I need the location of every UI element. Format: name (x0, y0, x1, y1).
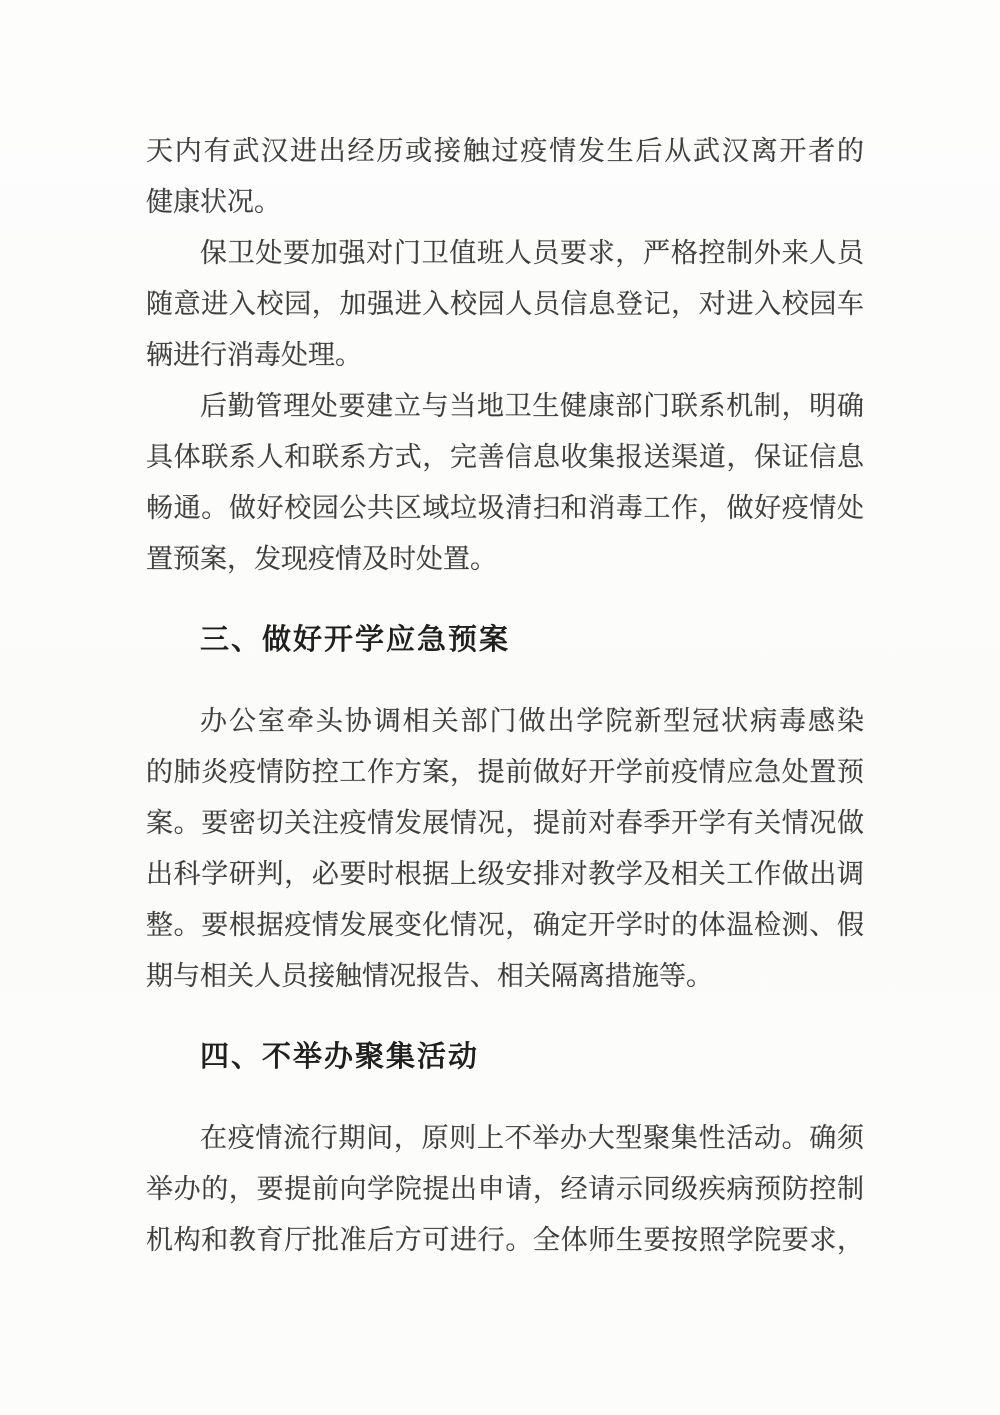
text-line: 在疫情流行期间，原则上不举办大型聚集性活动。确须 (146, 1113, 864, 1164)
paragraph: 在疫情流行期间，原则上不举办大型聚集性活动。确须举办的，要提前向学院提出申请，经… (146, 1113, 864, 1266)
text-line: 出科学研判，必要时根据上级安排对教学及相关工作做出调 (146, 849, 864, 900)
paragraph: 办公室牵头协调相关部门做出学院新型冠状病毒感染的肺炎疫情防控工作方案，提前做好开… (146, 696, 864, 1002)
document-content: 天内有武汉进出经历或接触过疫情发生后从武汉离开者的健康状况。保卫处要加强对门卫值… (146, 126, 864, 1266)
paragraph: 保卫处要加强对门卫值班人员要求，严格控制外来人员随意进入校园，加强进入校园人员信… (146, 228, 864, 381)
text-line: 后勤管理处要建立与当地卫生健康部门联系机制，明确 (146, 381, 864, 432)
text-line: 具体联系人和联系方式，完善信息收集报送渠道，保证信息 (146, 432, 864, 483)
paragraph: 后勤管理处要建立与当地卫生健康部门联系机制，明确具体联系人和联系方式，完善信息收… (146, 381, 864, 585)
document-page: 天内有武汉进出经历或接触过疫情发生后从武汉离开者的健康状况。保卫处要加强对门卫值… (0, 0, 1000, 1415)
text-line: 举办的，要提前向学院提出申请，经请示同级疾病预防控制 (146, 1164, 864, 1215)
text-line: 机构和教育厅批准后方可进行。全体师生要按照学院要求， (146, 1215, 864, 1266)
section-heading: 四、不举办聚集活动 (146, 1032, 864, 1083)
text-line: 随意进入校园，加强进入校园人员信息登记，对进入校园车 (146, 279, 864, 330)
text-line: 健康状况。 (146, 177, 864, 228)
text-line: 整。要根据疫情发展变化情况，确定开学时的体温检测、假 (146, 900, 864, 951)
text-line: 天内有武汉进出经历或接触过疫情发生后从武汉离开者的 (146, 126, 864, 177)
text-line: 期与相关人员接触情况报告、相关隔离措施等。 (146, 951, 864, 1002)
text-line: 置预案，发现疫情及时处置。 (146, 534, 864, 585)
section-heading: 三、做好开学应急预案 (146, 615, 864, 666)
text-line: 保卫处要加强对门卫值班人员要求，严格控制外来人员 (146, 228, 864, 279)
text-line: 辆进行消毒处理。 (146, 330, 864, 381)
text-line: 办公室牵头协调相关部门做出学院新型冠状病毒感染 (146, 696, 864, 747)
text-line: 的肺炎疫情防控工作方案，提前做好开学前疫情应急处置预 (146, 747, 864, 798)
text-line: 案。要密切关注疫情发展情况，提前对春季开学有关情况做 (146, 798, 864, 849)
text-line: 畅通。做好校园公共区域垃圾清扫和消毒工作，做好疫情处 (146, 483, 864, 534)
paragraph: 天内有武汉进出经历或接触过疫情发生后从武汉离开者的健康状况。 (146, 126, 864, 228)
